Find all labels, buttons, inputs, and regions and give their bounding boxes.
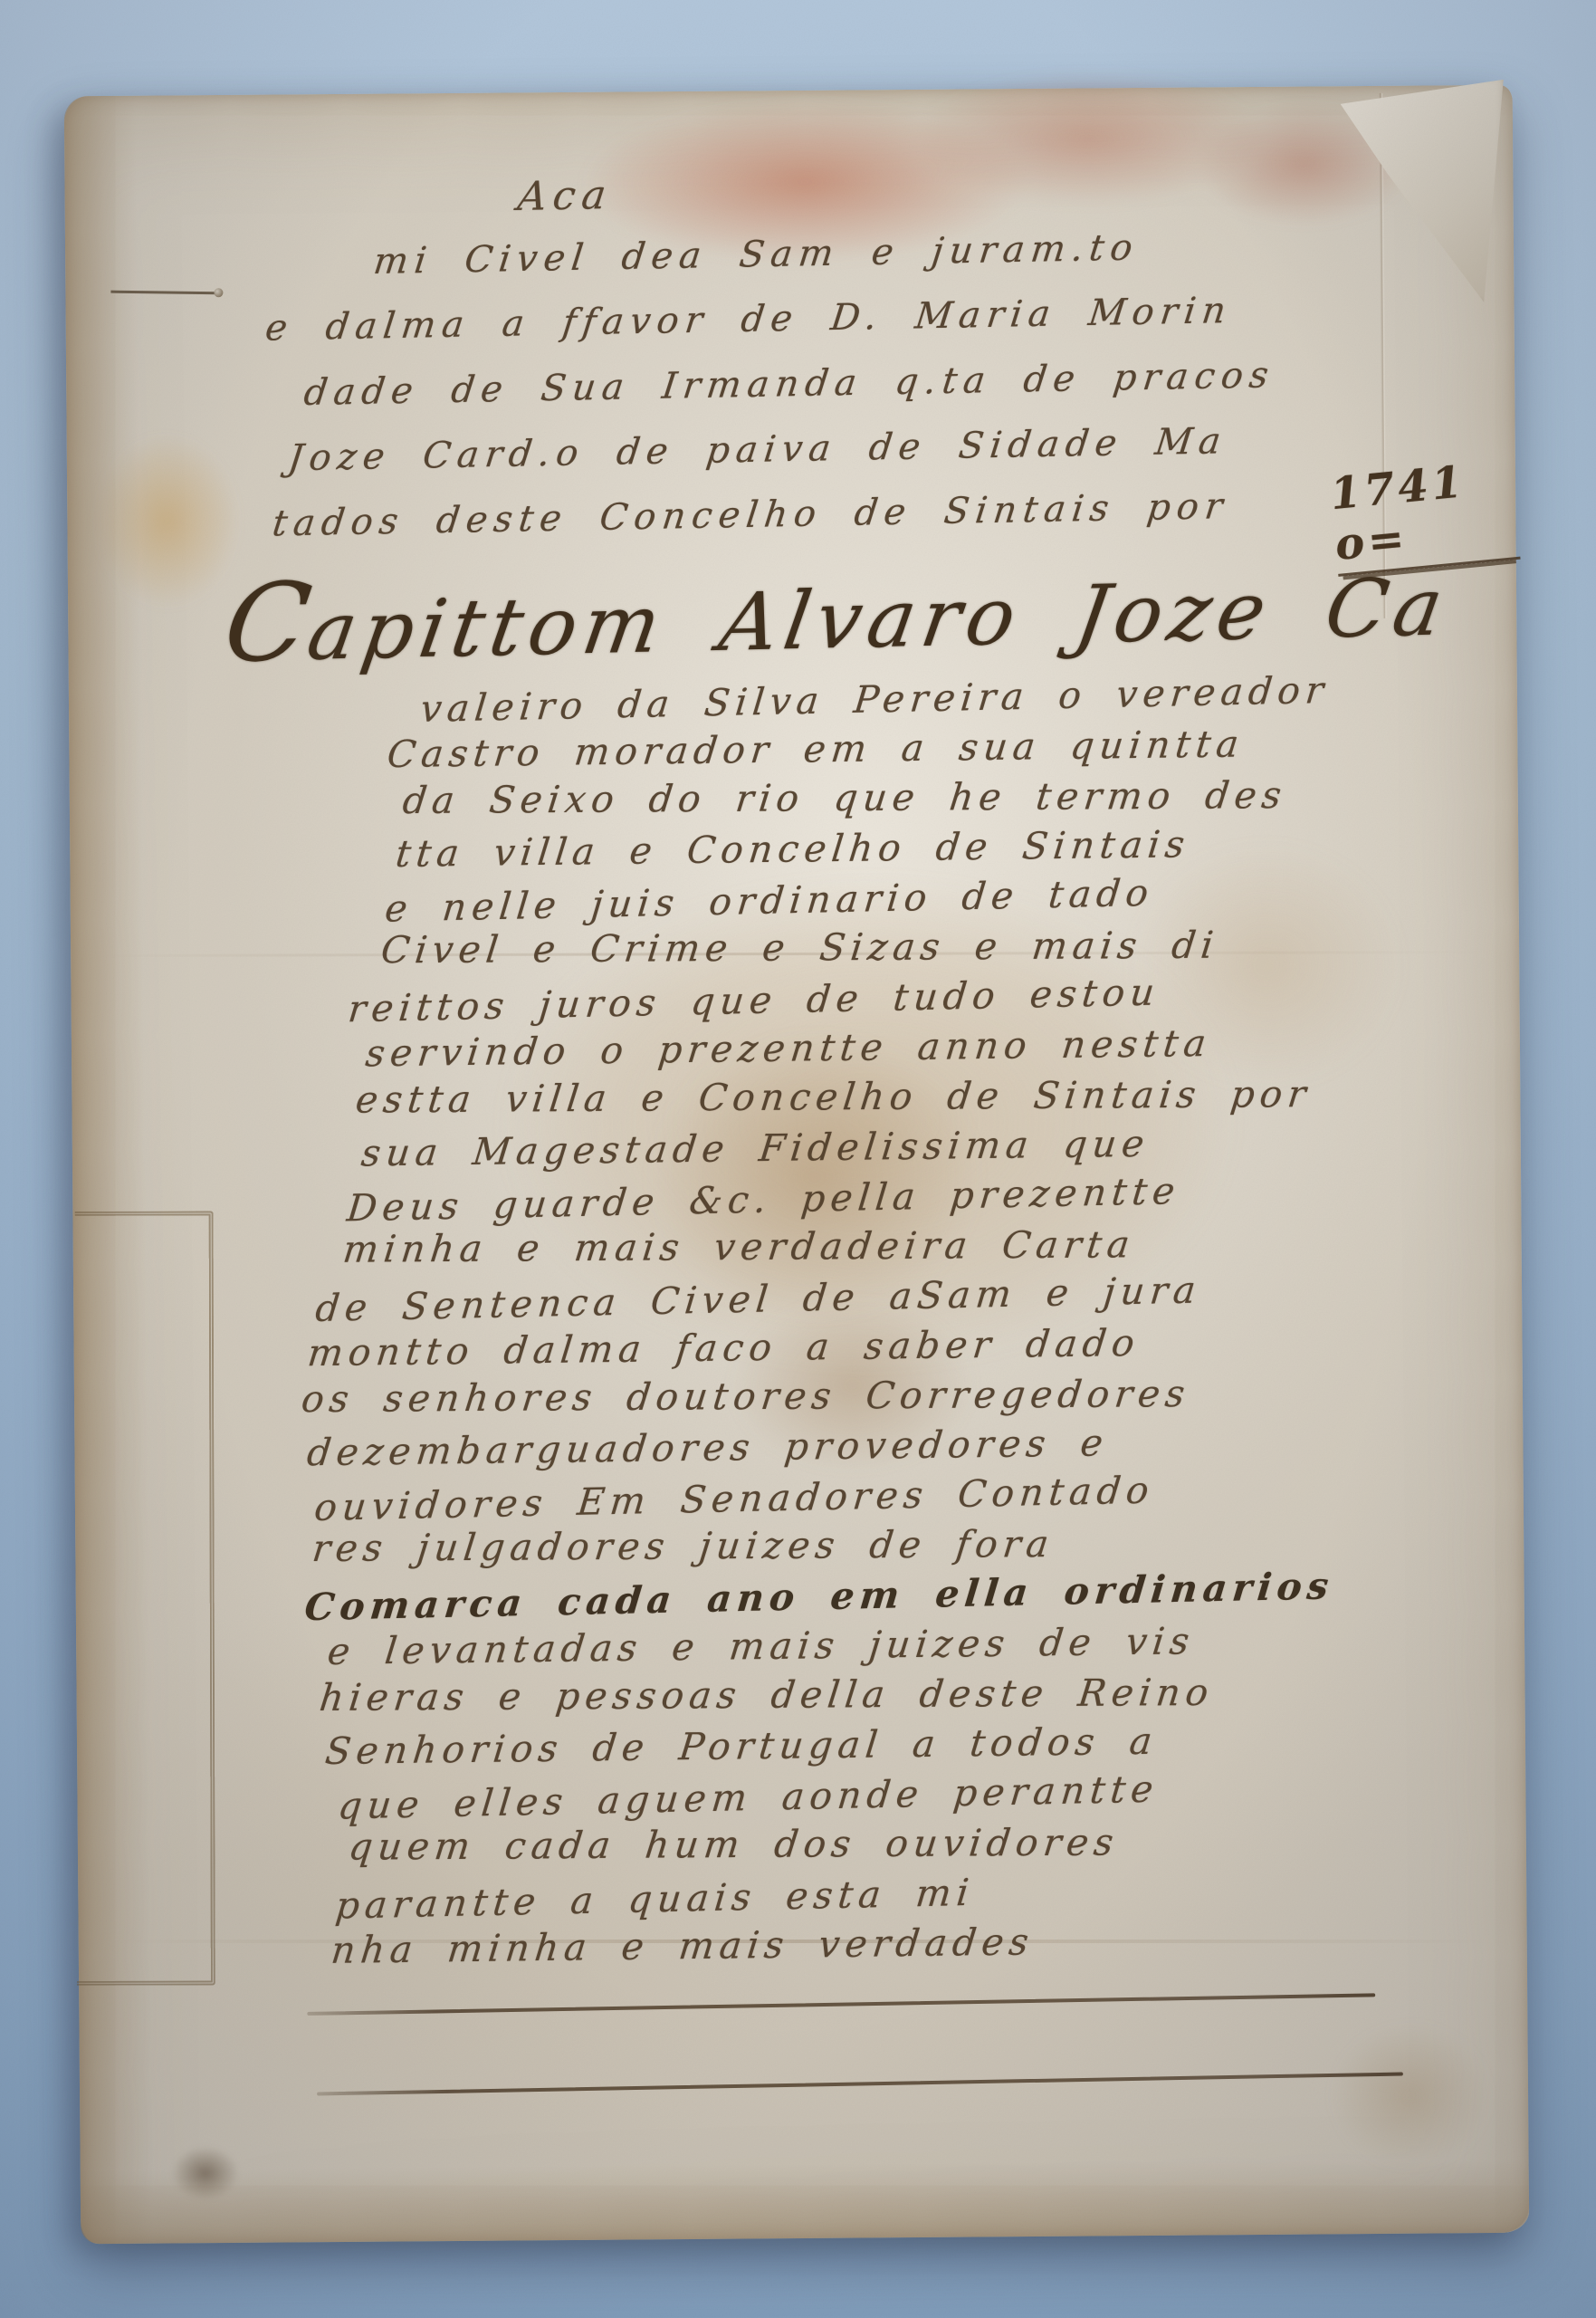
margin-ruled-box [75, 1211, 215, 1985]
ink-rule-bottom [317, 2072, 1403, 2095]
bottom-edge-shading [81, 2159, 1530, 2245]
body-text-block: valeiro da Silva Pereira o vereador Cast… [292, 669, 1539, 1979]
manuscript-page: Aca mi Civel dea Sam e juram.to e dalma … [64, 85, 1530, 2244]
header-block: Aca mi Civel dea Sam e juram.to e dalma … [245, 161, 1479, 562]
ink-rule-top [307, 1993, 1375, 2016]
photo-background: Aca mi Civel dea Sam e juram.to e dalma … [0, 0, 1596, 2318]
